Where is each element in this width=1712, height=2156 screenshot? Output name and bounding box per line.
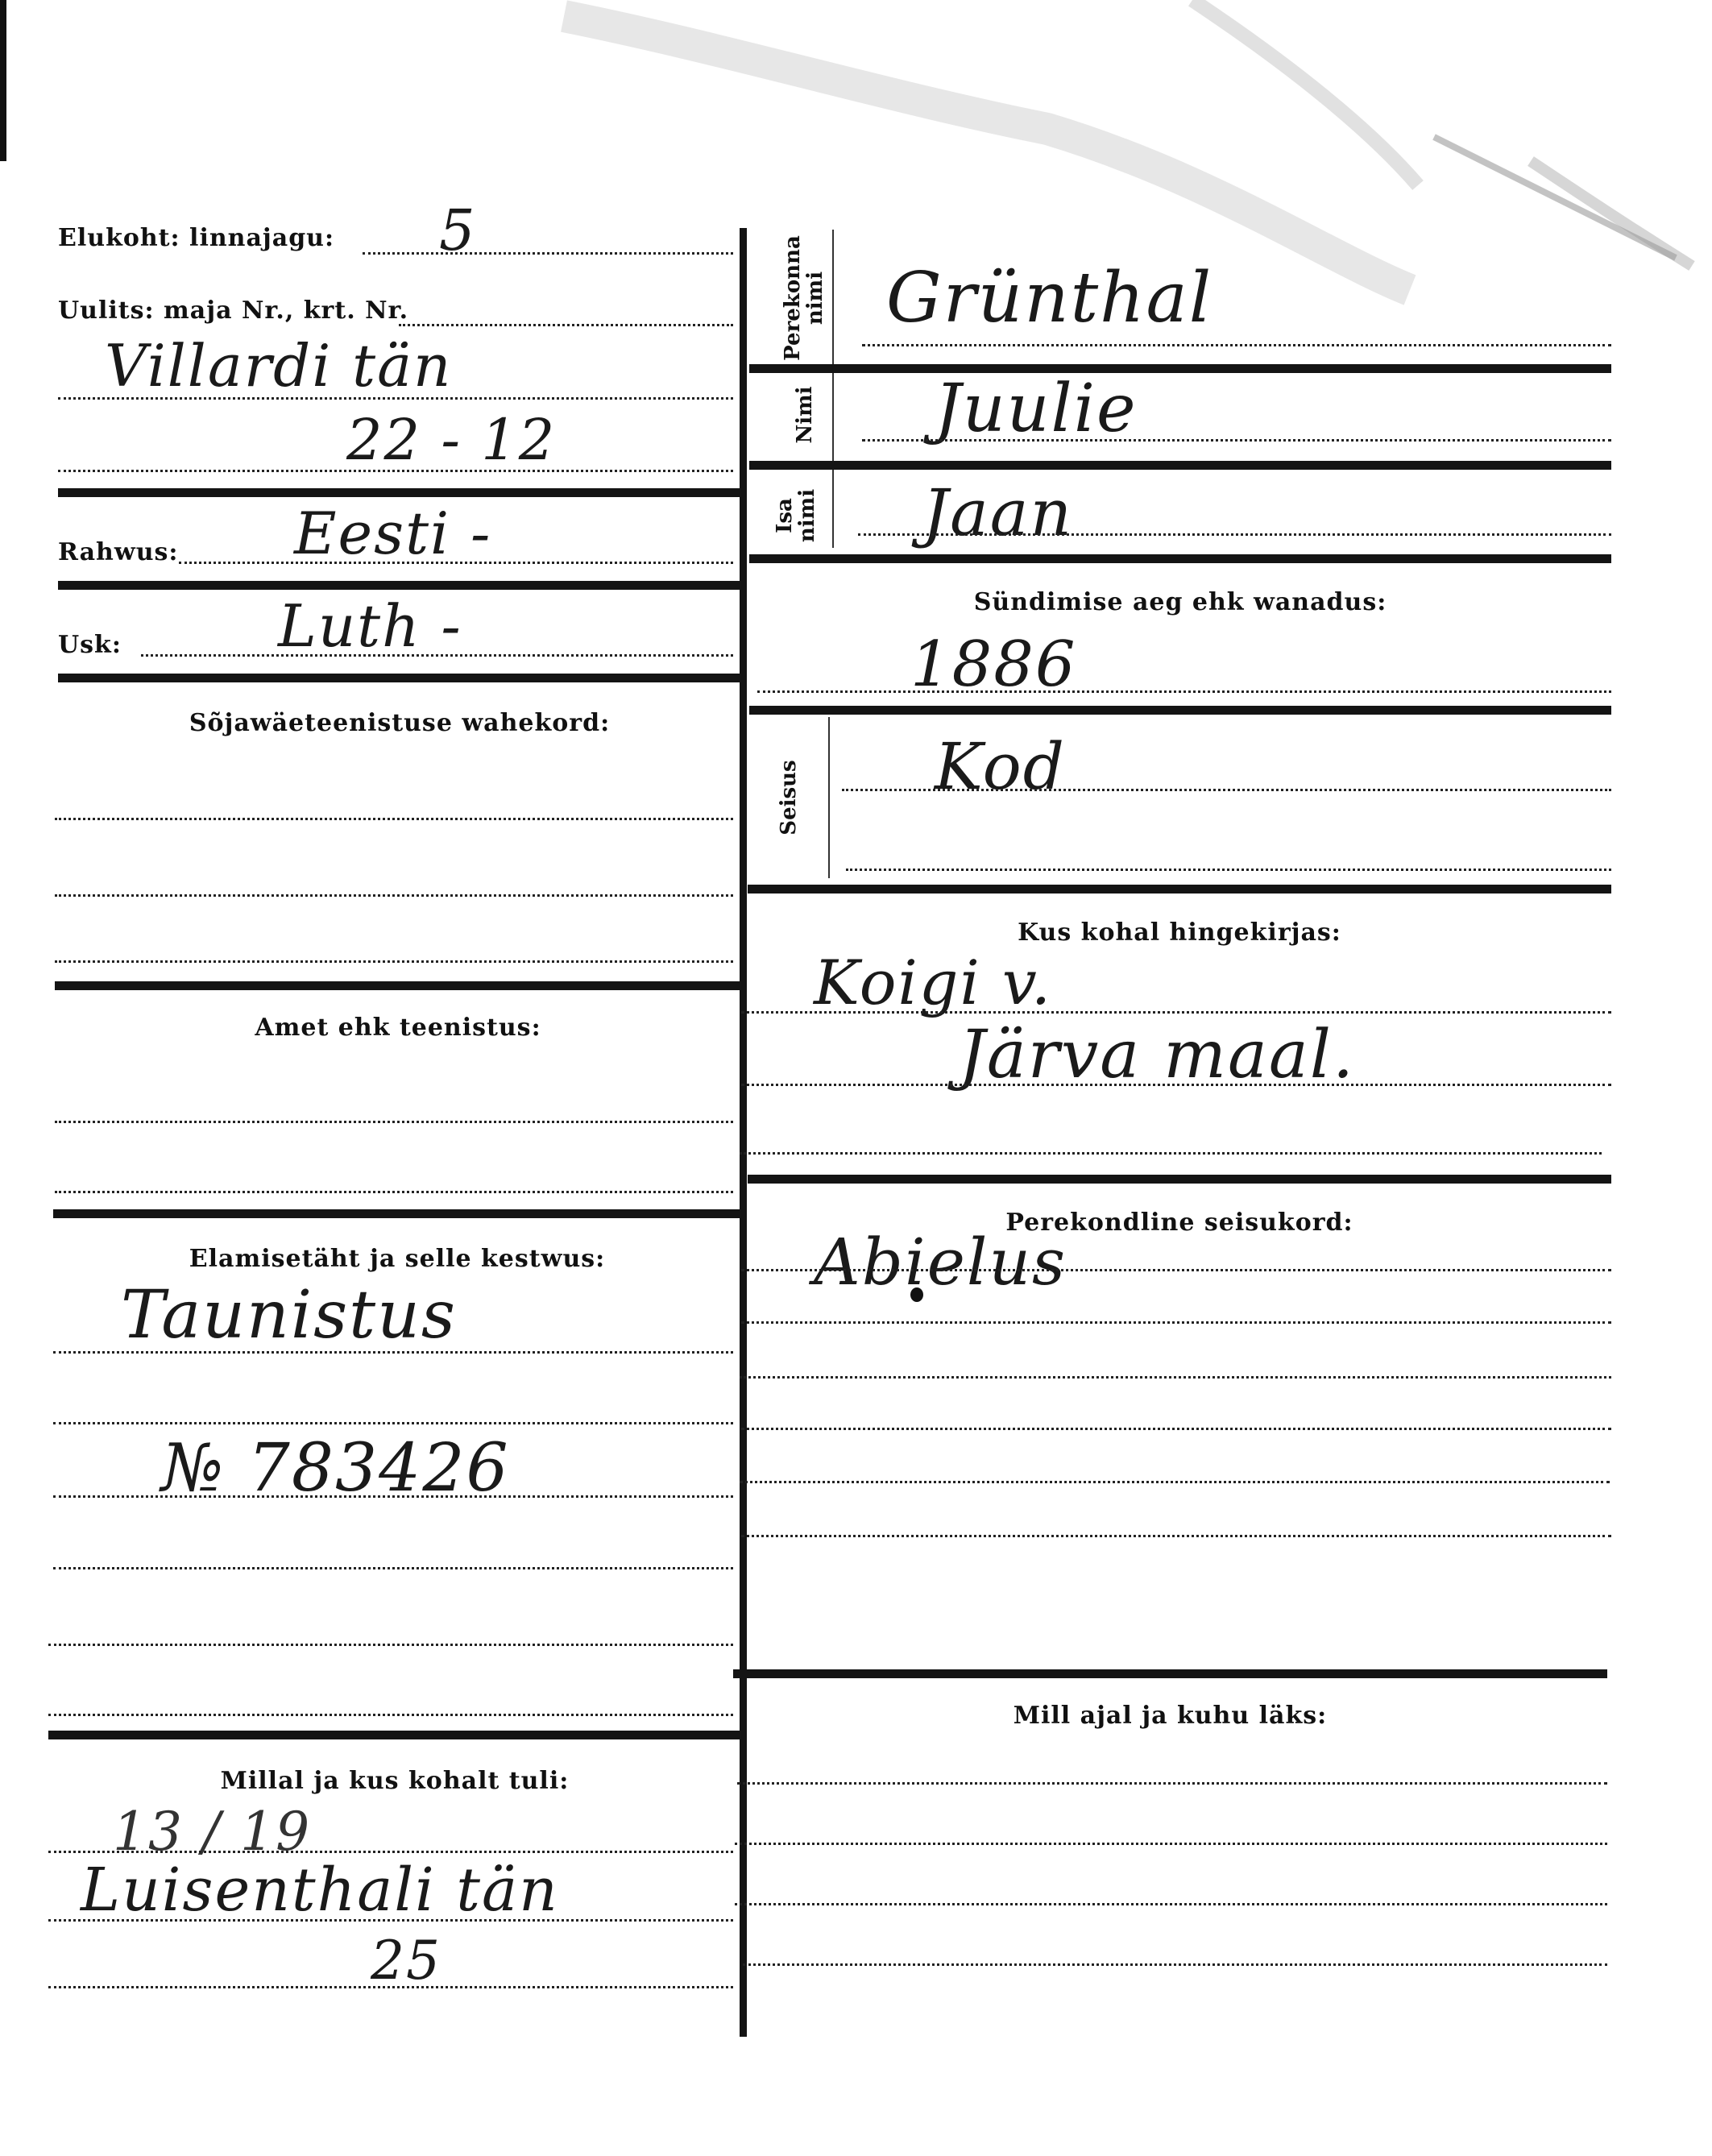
- uulits-line-1: [399, 324, 733, 326]
- kus-kohal-line-2: [741, 1084, 1611, 1086]
- elamisetaht-line-3: [53, 1495, 733, 1498]
- usk-label: Usk:: [58, 631, 122, 659]
- elukoht-label: Elukoht: linnajagu:: [58, 224, 334, 252]
- sojavae-label: Sõjawäeteenistuse wahekord:: [58, 709, 741, 737]
- sojavae-line-3: [55, 960, 733, 963]
- millal-value-line3: 25: [371, 1930, 441, 1992]
- perekondline-line-6: [741, 1535, 1611, 1537]
- seisus-label-divider: [828, 717, 830, 878]
- section-rule: [58, 488, 741, 497]
- mill-ajal-line-4: [743, 1963, 1607, 1966]
- perekondline-value: Abielus: [814, 1225, 1067, 1300]
- sojavae-line-1: [55, 818, 733, 820]
- section-rule: [55, 981, 741, 990]
- nimi-label: Nimi: [794, 367, 818, 463]
- paper-fold-smudge: [0, 0, 1712, 322]
- uulits-value-line1: Villardi tän: [105, 332, 452, 400]
- scan-edge-shadow: [0, 0, 6, 161]
- elamisetaht-value-line1: Taunistus: [121, 1277, 457, 1354]
- section-rule: [748, 1175, 1611, 1184]
- elamisetaht-line-6: [48, 1714, 733, 1716]
- perekondline-line-2: [741, 1321, 1611, 1324]
- elamisetaht-line-5: [48, 1644, 733, 1646]
- mill-ajal-line-2: [735, 1843, 1607, 1845]
- elamisetaht-line-4: [53, 1567, 733, 1569]
- elamisetaht-line-1: [53, 1351, 733, 1354]
- uulits-line-3: [58, 470, 733, 472]
- perekondline-line-3: [740, 1376, 1611, 1379]
- perekonnanimi-value: Grünthal: [886, 258, 1212, 338]
- elamisetaht-label: Elamisetäht ja selle kestwus:: [53, 1245, 741, 1273]
- isanimi-label: Isa nimi: [773, 475, 822, 556]
- section-rule: [48, 1731, 741, 1739]
- seisus-value: Kod: [935, 729, 1066, 804]
- usk-value: Luth -: [278, 592, 462, 660]
- seisus-label: Seisus: [777, 757, 802, 838]
- kus-kohal-label: Kus kohal hingekirjas:: [748, 918, 1611, 947]
- uulits-value-line2: 22 - 12: [346, 407, 556, 473]
- kus-kohal-line-3: [740, 1152, 1602, 1155]
- millal-value-line2: Luisenthali tän: [81, 1855, 559, 1925]
- uulits-label: Uulits: maja Nr., krt. Nr.: [58, 296, 408, 325]
- millal-label: Millal ja kus kohalt tuli:: [48, 1767, 741, 1795]
- section-rule: [58, 674, 741, 682]
- nimi-value: Juulie: [935, 371, 1137, 447]
- name-label-divider: [832, 230, 834, 548]
- kus-kohal-value-line1: Koigi v.: [814, 947, 1052, 1018]
- perekondline-line-4: [741, 1428, 1611, 1430]
- section-rule: [58, 581, 741, 590]
- section-rule: [748, 885, 1611, 893]
- perekonnanimi-line: [862, 344, 1611, 346]
- perekondline-line-5: [740, 1481, 1610, 1483]
- kus-kohal-line-1: [741, 1011, 1611, 1014]
- name-rule: [749, 554, 1611, 563]
- isanimi-line: [858, 533, 1611, 536]
- perekondline-line-1: [741, 1269, 1611, 1271]
- nimi-line: [862, 439, 1611, 442]
- seisus-line-1: [842, 789, 1611, 791]
- sojavae-line-2: [55, 894, 733, 897]
- amet-line-1: [55, 1121, 733, 1123]
- mill-ajal-line-1: [737, 1782, 1607, 1785]
- section-rule: [53, 1209, 741, 1218]
- perekonnanimi-label: Perekonna nimi: [781, 234, 830, 363]
- millal-line-3: [48, 1986, 733, 1988]
- section-rule: [733, 1669, 1607, 1678]
- name-rule: [749, 364, 1611, 373]
- elukoht-value: 5: [439, 197, 477, 263]
- mill-ajal-line-3: [735, 1903, 1607, 1905]
- name-rule: [749, 461, 1611, 470]
- isanimi-value: Jaan: [922, 475, 1073, 550]
- elukoht-line: [363, 252, 733, 255]
- amet-line-2: [55, 1191, 733, 1193]
- sundimise-label: Sündimise aeg ehk wanadus:: [749, 588, 1611, 616]
- section-rule: [749, 706, 1611, 715]
- uulits-line-2: [58, 397, 733, 400]
- amet-label: Amet ehk teenistus:: [55, 1014, 741, 1042]
- millal-value-line1: 13 / 19: [113, 1801, 311, 1863]
- column-divider: [740, 228, 747, 2037]
- seisus-line-2: [846, 869, 1611, 871]
- millal-line-1: [48, 1851, 733, 1853]
- mill-ajal-label: Mill ajal ja kuhu läks:: [733, 1702, 1607, 1730]
- elamisetaht-line-2: [53, 1422, 733, 1424]
- sundimise-line: [757, 690, 1611, 693]
- rahwus-label: Rahwus:: [58, 538, 178, 566]
- rahwus-value: Eesti -: [294, 500, 491, 567]
- kus-kohal-value-line2: Järva maal.: [959, 1017, 1355, 1093]
- millal-line-2: [48, 1919, 733, 1922]
- ink-blot: [910, 1287, 923, 1302]
